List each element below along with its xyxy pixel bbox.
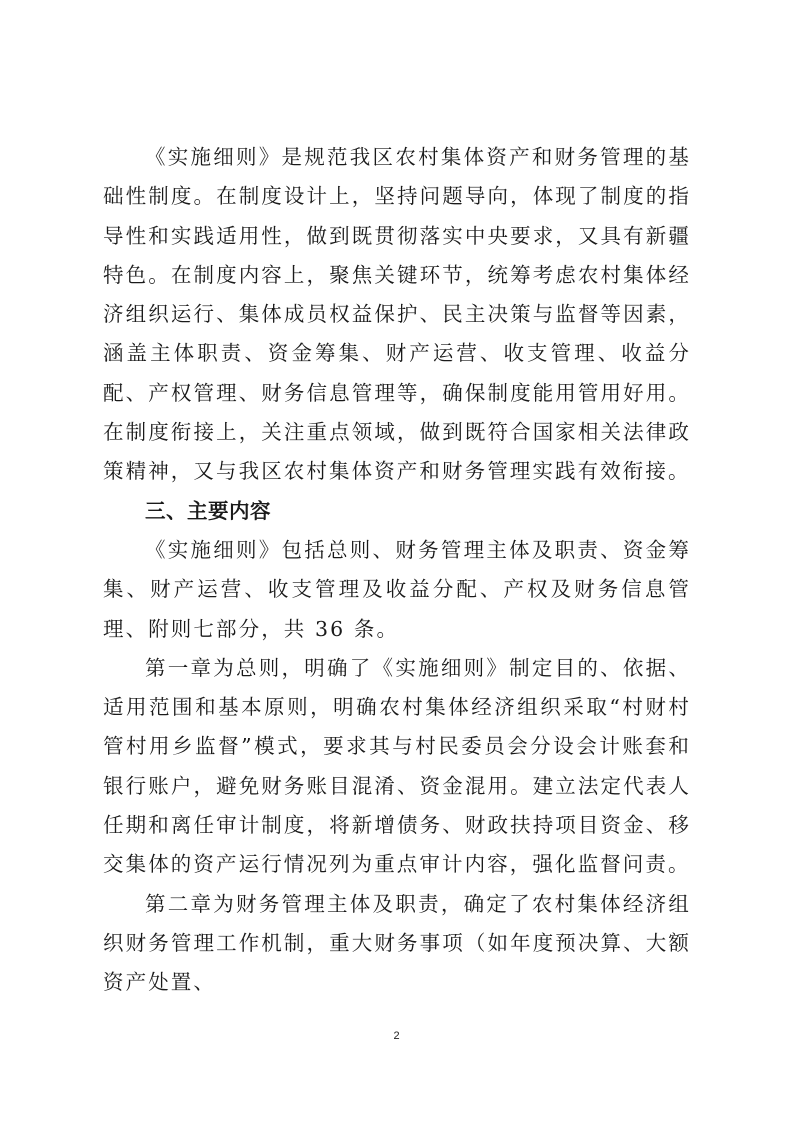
paragraph-chapter-one: 第一章为总则，明确了《实施细则》制定目的、依据、适用范围和基本原则，明确农村集体… xyxy=(103,649,691,885)
page-number: 2 xyxy=(0,1030,793,1042)
section-heading-main-content: 三、主要内容 xyxy=(103,492,691,531)
paragraph-chapter-two: 第二章为财务管理主体及职责，确定了农村集体经济组织财务管理工作机制，重大财务事项… xyxy=(103,885,691,1003)
paragraph-design-principles: 《实施细则》是规范我区农村集体资产和财务管理的基础性制度。在制度设计上，坚持问题… xyxy=(103,138,691,492)
document-page: 《实施细则》是规范我区农村集体资产和财务管理的基础性制度。在制度设计上，坚持问题… xyxy=(103,138,691,1003)
paragraph-structure-overview: 《实施细则》包括总则、财务管理主体及职责、资金筹集、财产运营、收支管理及收益分配… xyxy=(103,531,691,649)
